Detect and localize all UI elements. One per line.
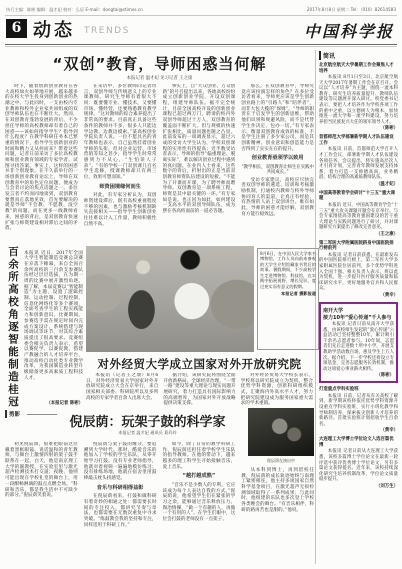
brief-item: 北京航空航天大学暑期工作会聚焦人才培养 本报讯 8月1日至3日，北京航空航天大学… — [319, 63, 398, 131]
article1-quote: “教学相长，双创教育让师生在实践中共同成长。” — [241, 165, 314, 176]
masthead-logo: 中国科学报 — [304, 19, 394, 42]
left-article-body: 本报讯 近日，2017年全国大学生智能制造竞赛总决赛在京落下帷幕，来自全国百余所… — [24, 246, 83, 409]
briefs-sidebar: 简讯 北京航空航天大学暑期工作会聚焦人才培养 本报讯 8月1日至3日，北京航空航… — [319, 50, 398, 564]
header-bottom-rule-thin — [5, 46, 397, 47]
brief-body: 本报讯 记者日前获悉，在最新发布的中国医院排行榜上，第二军医大学多家附属医院位居… — [319, 253, 398, 292]
article3-col3-p1: 如今，除了日常的教学科研工作，倪辰荫还担任着学校学生乐队的指导教师。在他的带动下… — [163, 442, 236, 470]
brief-item: 大连理工大学博士学位论文入选百篇优博 本报讯 记者日前从大连理工大学获悉，该校多… — [319, 437, 398, 489]
brief-body: 本报讯 近日，中国高等教育学会“十三五”重大攻关课题开题会在京举行。与会专家围绕… — [319, 203, 398, 231]
highlighted-brief-box: 南开大学 接力10年“爱心传递”千人参与 本报讯 记者日前从南开大学获悉，由该校… — [319, 302, 398, 383]
article3-col2: 倪辰荫与架子鼓的缘分，要追溯到大学时代。那时，酷爱音乐的他加入了学校的学生乐队，… — [84, 442, 157, 564]
brief-title: 北京航空航天大学暑期工作会聚焦人才培养 — [319, 63, 398, 74]
header-bottom-rule — [5, 44, 397, 45]
highlight-org: 南开大学 — [323, 307, 394, 314]
photo-credit: 本报记者 摄影报道 — [260, 291, 316, 296]
brief-sign: （温才妃） — [319, 181, 398, 187]
article3-subhead-1: 音乐与科研相得益彰 — [84, 485, 157, 491]
article3-body: 初见倪辰荫，很难把眼前这位戴着黑框眼镜、说话温和的青年教师，与舞台上激情四射的架… — [5, 442, 314, 564]
article3-col2-p1: 倪辰荫与架子鼓的缘分，要追溯到大学时代。那时，酷爱音乐的他加入了学校的学生乐队，… — [84, 442, 157, 482]
brief-body: 本报讯 日前，首都师范大学召开人才工作会议，部署新学期人才队伍建设各项任务。会议… — [319, 147, 398, 181]
briefs-label: 简讯 — [319, 51, 398, 60]
brief-title: 首都师范大学部署新学期人才队伍建设工作 — [319, 135, 398, 146]
photo-caption-box: 8月6日，在中国人民大学家书博物馆，工作人员向前来参观的大学生介绍馆藏家书背后的… — [257, 248, 319, 350]
left-article-vertical-headline: 百余所高校角逐智能制造桂冠 — [5, 246, 21, 412]
article3-col1: 初见倪辰荫，很难把眼前这位戴着黑框眼镜、说话温和的青年教师，与舞台上激情四射的架… — [5, 442, 78, 564]
article3-col4-text: 从本科到博士，再到留校任教，倪辰荫的成长轨迹始终与南理工紧密相连。他主持多项国家… — [241, 468, 314, 514]
article2-body: 本报讯（记者王之康）8月6日，对外经济贸易大学国家对外开放研究院成立大会在京举行… — [86, 373, 313, 410]
article3-col1-text: 初见倪辰荫，很难把眼前这位戴着黑框眼镜、说话温和的青年教师，与舞台上激情四射的架… — [5, 442, 78, 499]
brief-title: 大连理工大学博士学位论文入选百篇优博 — [319, 437, 398, 448]
brief-title: 第二军医大学附属医院跻身中国医院排行榜前列 — [319, 241, 398, 252]
page-number-badge: 6 — [6, 19, 27, 38]
article1-col4: 那么，在双创教育中，导师究竟应该扮演怎样的角色？在多位受访者看来，导师更应该是学… — [241, 84, 314, 238]
brief-item: 首都师范大学部署新学期人才队伍建设工作 本报讯 日前，首都师范大学召开人才工作会… — [319, 135, 398, 187]
article2-col1-text: 本报讯（记者王之康）8月6日，对外经济贸易大学国家对外开放研究院成立大会在京举行… — [86, 373, 158, 401]
column-tag: 剪影 — [5, 410, 20, 418]
article3-byline: 本报记者 温才妃 通讯员 葛玲玲 — [55, 430, 240, 436]
article3-col2-p2: 在倪辰荫看来，打鼓和做科研有着奇妙的相通之处：都需要长时间的专注投入，都讲究节奏… — [84, 494, 157, 528]
left-article-text: 本报讯 近日，2017年全国大学生智能制造竞赛总决赛在京落下帷幕，来自全国百余所… — [24, 251, 83, 382]
article1-byline: 本报记者 温才妃 见习记者 王之康 — [5, 75, 314, 81]
brief-sign: （陈彬） — [319, 125, 398, 131]
photo-caption-text: 8月6日，在中国人民大学家书博物馆，工作人员向前来参观的大学生介绍馆藏家书背后的… — [260, 251, 316, 289]
brief-body: 本报讯 8月1日至3日，北京航空航天大学2017年暑期工作会在京召开。会议以“人… — [319, 75, 398, 125]
article1-col1-text: 时下，随着创新创业教育在各大高校如火如荼地开展，越来越多的在校大学生投身到创新创… — [5, 84, 78, 232]
brief-item: 中国高等教育学会研讨“十三五”重大课题 本报讯 近日，中国高等教育学会“十三五”… — [319, 191, 398, 237]
article1-col3-text: 事实上，自“大众创业、万众创新”的号召提出以来，各地高校纷纷成立创新创业学院，开… — [163, 84, 236, 215]
brief-item: 打造重点学科实验班 本报讯 日前，记者从有关高校了解到，新学期该校将依托优势学科… — [319, 387, 398, 433]
article3-headline: 倪辰荫：玩架子鼓的科学家 — [55, 411, 240, 430]
article2-col1: 本报讯（记者王之康）8月6日，对外经济贸易大学国家对外开放研究院成立大会在京举行… — [86, 373, 158, 410]
credits-line: 执行主编：陈彬 编辑：温才妃 校对：么辰 E-mail：dongtai@stim… — [6, 7, 143, 13]
article1-subhead-2: 创业教育亟须学以致用 — [241, 155, 314, 161]
brief-item: 第二军医大学附属医院跻身中国医院排行榜前列 本报讯 记者日前获悉，在最新发布的中… — [319, 241, 398, 298]
section-title-en: TRENDS — [84, 26, 130, 36]
article2-col2: 据介绍，该研究院将围绕全面开放新格局、全球经济治理、“一带一路”建设等重大理论与… — [163, 373, 235, 410]
main-content: “双创”教育，导师困惑当何解 本报记者 温才妃 见习记者 王之康 时下，随着创新… — [5, 50, 314, 564]
article1-body: 时下，随着创新创业教育在各大高校如火如荼地开展，越来越多的在校大学生投身到创新创… — [5, 84, 314, 238]
brief-sign: （刘万生） — [319, 483, 398, 489]
brief-title: 打造重点学科实验班 — [319, 387, 398, 393]
article3-col4: 从本科到博士，再到留校任教，倪辰荫的成长轨迹始终与南理工紧密相连。他主持多项国家… — [241, 442, 314, 564]
article2-headline: 对外经贸大学成立国家对外开放研究院 — [86, 356, 313, 372]
brief-body: 本报讯 日前，记者从有关高校了解到，新学期该校将依托优势学科资源开设重点学科实验… — [319, 394, 398, 428]
left-article-sign: （本报记者 陈彬） — [24, 400, 83, 406]
article1-col2-p2: 对此，有专家分析认为，双创师资建设滞后，既有高校重视程度不够的因素，也与激励考核… — [84, 193, 157, 227]
article2-col2-text: 据介绍，该研究院将围绕全面开放新格局、全球经济治理、“一带一路”建设等重大理论与… — [163, 373, 235, 407]
article3-col3-p2: “音乐不是少数人的专利，它应该成为每个人表达自我的方式。”倪辰荫说，他希望学生们… — [163, 483, 236, 523]
newspaper-page: 执行主编：陈彬 编辑：温才妃 校对：么辰 E-mail：dongtai@stim… — [0, 0, 402, 569]
article2-col3: 对外经济贸易大学校长表示，学校将以研究院成立为契机，整合优势学科资源，创新科研组… — [241, 373, 313, 410]
article1-subhead-1: 师资困境缘何而生 — [84, 184, 157, 190]
brief-title: 中国高等教育学会研讨“十三五”重大课题 — [319, 191, 398, 202]
article1-col3: 事实上，自“大众创业、万众创新”的号召提出以来，各地高校纷纷成立创新创业学院，开… — [163, 84, 236, 238]
news-photo — [86, 246, 254, 352]
article1-headline: “双创”教育，导师困惑当何解 — [5, 53, 314, 74]
column-tag-rule — [27, 414, 57, 415]
date-line: 2017年8月8日 星期二 Tel：（010）82614583 — [307, 7, 396, 13]
highlight-title: 接力10年“爱心传递”千人参与 — [323, 314, 394, 321]
article1-col4-p1: 那么，在双创教育中，导师究竟应该扮演怎样的角色？在多位受访者看来，导师更应该是学… — [241, 84, 314, 152]
brief-sign: （王之康） — [319, 231, 398, 237]
brief-body: 本报讯 记者日前从大连理工大学获悉，该校多篇博士学位论文在最新一轮评选中获评优秀… — [319, 449, 398, 483]
brief-sign: （黄辛） — [319, 427, 398, 433]
article1-col2: 在采访中，多位教师向记者坦言，双创导师与传统意义上的专业课教师、研究生导师有着很… — [84, 84, 157, 238]
article2-col3-text: 对外经济贸易大学校长表示，学校将以研究院成立为契机，整合优势学科资源，创新科研组… — [241, 373, 313, 407]
article1-col2-p1: 在采访中，多位教师向记者坦言，双创导师与传统意义上的专业课教师、研究生导师有着很… — [84, 84, 157, 181]
article3-col3: 如今，除了日常的教学科研工作，倪辰荫还担任着学校学生乐队的指导教师。在他的带动下… — [163, 442, 236, 564]
brief-sign: （黄辛） — [319, 292, 398, 298]
article1-col4-p2: 受访专家建议，高校应尽快完善双创导师的遴选、培训和考核激励机制，打通校内教师与校… — [241, 178, 314, 218]
highlight-sign: （陈彬） — [323, 372, 394, 378]
article3-subhead-2: “越打越成熟” — [163, 473, 236, 479]
highlight-body: 本报讯 记者日前从南开大学获悉，由该校师生发起的“爱心传递”公益活动已坚持整整1… — [323, 322, 394, 372]
section-title: 动态 — [33, 16, 75, 42]
article1-col1: 时下，随着创新创业教育在各大高校如火如荼地开展，越来越多的在校大学生投身到创新创… — [5, 84, 78, 238]
